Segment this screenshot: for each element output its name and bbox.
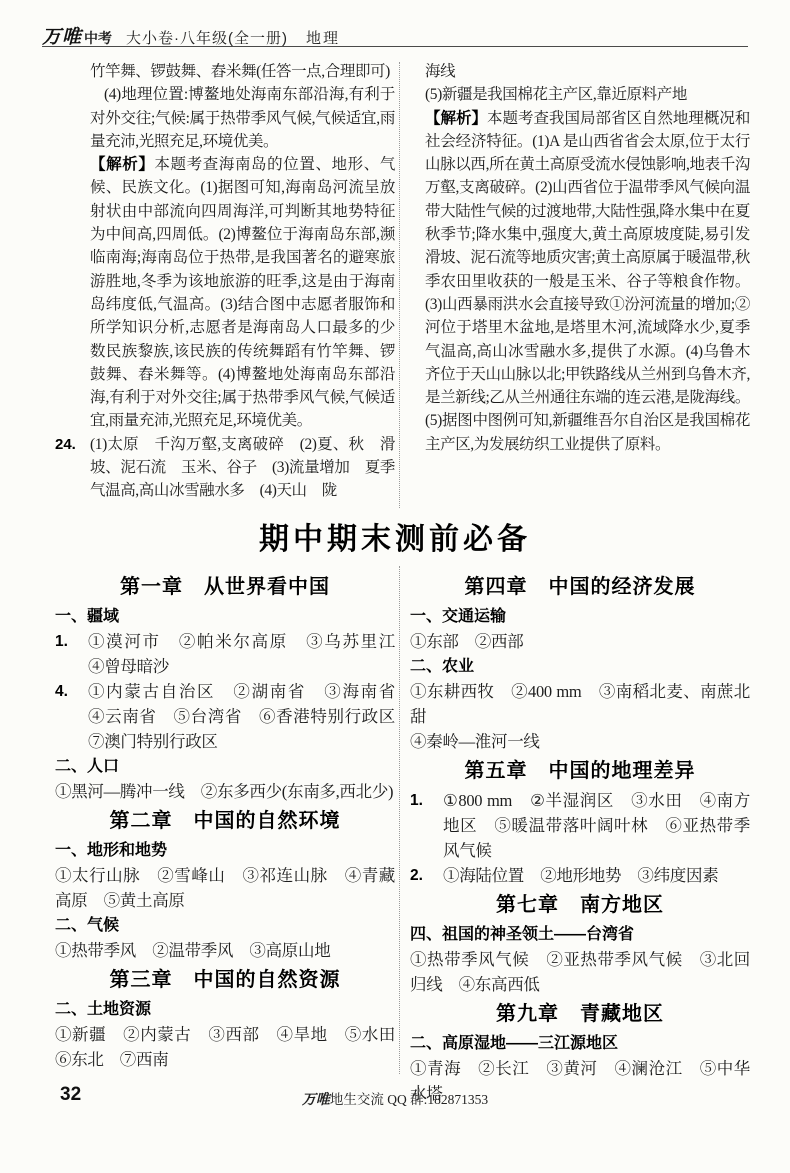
numbered-answer-item: 1.①漠河市 ②帕米尔高原 ③乌苏里江 ④曾母暗沙 [55, 629, 395, 679]
numbered-answer-item: 2.①海陆位置 ②地形地势 ③纬度因素 [410, 863, 750, 888]
item-number: 1. [55, 629, 88, 679]
answer-line: ④秦岭—淮河一线 [410, 729, 750, 754]
item-number: 1. [410, 788, 443, 863]
answer-paragraph: (5)新疆是我国棉花主产区,靠近原料产地 [425, 83, 750, 106]
chapter-heading: 第七章 南方地区 [410, 891, 750, 919]
answer-line: ①太行山脉 ②雪峰山 ③祁连山脉 ④青藏高原 ⑤黄土高原 [55, 863, 395, 913]
answer-paragraph: 【解析】本题考查我国局部省区自然地理概况和社会经济特征。(1)A 是山西省省会太… [425, 107, 750, 456]
item-number: 2. [410, 863, 443, 888]
analysis-label: 【解析】 [90, 156, 154, 173]
answer-paragraph: 【解析】本题考查海南岛的位置、地形、气候、民族文化。(1)据图可知,海南岛河流呈… [90, 153, 395, 433]
subsection-heading: 二、气候 [55, 913, 395, 938]
item-text: ①海陆位置 ②地形地势 ③纬度因素 [443, 863, 750, 888]
answer-paragraph: (4)地理位置:博鳌地处海南东部沿海,有利于对外交往;气候:属于热带季风气候,气… [90, 83, 395, 153]
subsection-heading: 一、地形和地势 [55, 838, 395, 863]
analysis-label: 【解析】 [425, 110, 487, 127]
answer-line: ①东耕西牧 ②400 mm ③南稻北麦、南蔗北甜 [410, 679, 750, 729]
subsection-heading: 二、人口 [55, 754, 395, 779]
chapter-heading: 第四章 中国的经济发展 [410, 573, 750, 601]
numbered-answer-item: 24.(1)太原 千沟万壑,支离破碎 (2)夏、秋 滑坡、泥石流 玉米、谷子 (… [55, 433, 395, 503]
book-series-title: 大小卷·八年级(全一册) [126, 27, 288, 48]
footer-contact-text: 地生交流 QQ 群:182871353 [330, 1092, 488, 1107]
chapter-heading: 第三章 中国的自然资源 [55, 966, 395, 994]
item-number: 4. [55, 679, 88, 754]
footer-brand-logo: 万唯 [302, 1091, 330, 1107]
review-left-column: 第一章 从世界看中国一、疆域1.①漠河市 ②帕米尔高原 ③乌苏里江 ④曾母暗沙4… [55, 570, 395, 1072]
chapter-heading: 第五章 中国的地理差异 [410, 757, 750, 785]
column-divider-bottom [399, 566, 400, 1074]
item-text: ①漠河市 ②帕米尔高原 ③乌苏里江 ④曾母暗沙 [88, 629, 395, 679]
answer-line: ①东部 ②西部 [410, 629, 750, 654]
answers-left-column: 竹竿舞、锣鼓舞、舂米舞(任答一点,合理即可)(4)地理位置:博鳌地处海南东部沿海… [55, 60, 395, 503]
brand-logo: 万唯 [42, 22, 82, 49]
item-text: ①800 mm ②半湿润区 ③水田 ④南方地区 ⑤暖温带落叶阔叶林 ⑥亚热带季风… [443, 788, 750, 863]
column-divider-top [399, 62, 400, 508]
answer-paragraph: 海线 [425, 60, 750, 83]
chapter-heading: 第一章 从世界看中国 [55, 573, 395, 601]
answer-line: ①热带季风气候 ②亚热带季风气候 ③北回归线 ④东高西低 [410, 947, 750, 997]
answer-line: ①黑河—腾冲一线 ②东多西少(东南多,西北少) [55, 779, 395, 804]
item-number: 24. [55, 433, 90, 503]
answer-line: ①热带季风 ②温带季风 ③高原山地 [55, 938, 395, 963]
workbook-page: 万唯 中考 大小卷·八年级(全一册) 地理 竹竿舞、锣鼓舞、舂米舞(任答一点,合… [0, 0, 790, 1173]
chapter-heading: 第二章 中国的自然环境 [55, 807, 395, 835]
subsection-heading: 二、土地资源 [55, 997, 395, 1022]
brand-logo-suffix: 中考 [84, 28, 112, 48]
subsection-heading: 四、祖国的神圣领土——台湾省 [410, 922, 750, 947]
section-title: 期中期末测前必备 [0, 514, 790, 558]
item-text: (1)太原 千沟万壑,支离破碎 (2)夏、秋 滑坡、泥石流 玉米、谷子 (3)流… [90, 433, 395, 503]
answers-right-column: 海线(5)新疆是我国棉花主产区,靠近原料产地【解析】本题考查我国局部省区自然地理… [425, 60, 750, 456]
answer-paragraph: 竹竿舞、锣鼓舞、舂米舞(任答一点,合理即可) [90, 60, 395, 83]
subsection-heading: 一、交通运输 [410, 604, 750, 629]
numbered-answer-item: 4.①内蒙古自治区 ②湖南省 ③海南省 ④云南省 ⑤台湾省 ⑥香港特别行政区 ⑦… [55, 679, 395, 754]
subsection-heading: 二、农业 [410, 654, 750, 679]
item-text: ①内蒙古自治区 ②湖南省 ③海南省 ④云南省 ⑤台湾省 ⑥香港特别行政区 ⑦澳门… [88, 679, 395, 754]
review-right-column: 第四章 中国的经济发展一、交通运输①东部 ②西部二、农业①东耕西牧 ②400 m… [410, 570, 750, 1106]
page-header: 万唯 中考 大小卷·八年级(全一册) 地理 [42, 22, 340, 49]
subject-label: 地理 [306, 27, 340, 48]
numbered-answer-item: 1.①800 mm ②半湿润区 ③水田 ④南方地区 ⑤暖温带落叶阔叶林 ⑥亚热带… [410, 788, 750, 863]
chapter-heading: 第九章 青藏地区 [410, 1000, 750, 1028]
answer-line: ①新疆 ②内蒙古 ③西部 ④旱地 ⑤水田 ⑥东北 ⑦西南 [55, 1022, 395, 1072]
header-rule [42, 46, 748, 47]
subsection-heading: 一、疆域 [55, 604, 395, 629]
subsection-heading: 二、高原湿地——三江源地区 [410, 1031, 750, 1056]
footer-note: 万唯地生交流 QQ 群:182871353 [0, 1088, 790, 1109]
